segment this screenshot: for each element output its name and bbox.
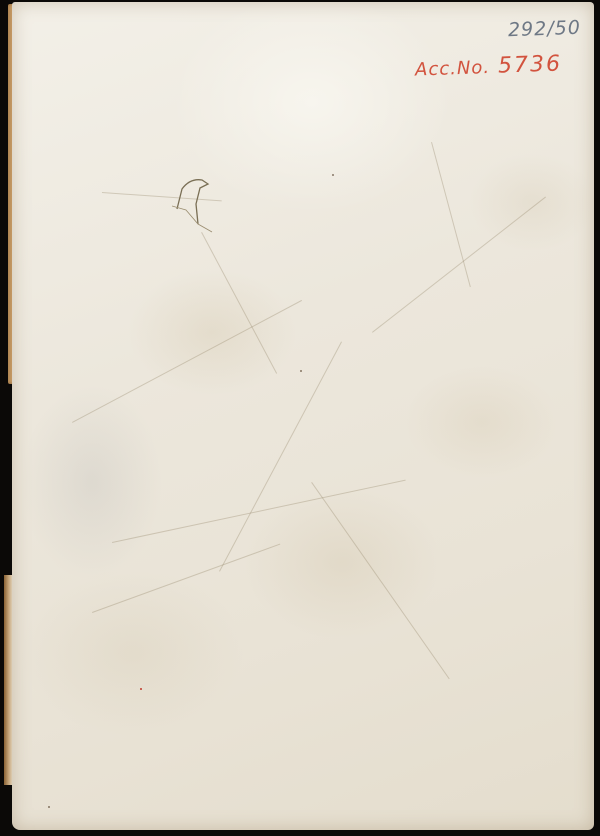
crease-line [311, 482, 449, 679]
speck [48, 806, 50, 808]
crease-line [72, 300, 302, 423]
crease-line [219, 342, 342, 572]
paper-tear [172, 174, 217, 234]
crease-line [431, 142, 471, 287]
shelf-mark-annotation: 292/50 [508, 17, 582, 42]
scanned-page: 292/50 Acc.No.5736 [0, 0, 600, 836]
book-cover [12, 2, 594, 830]
crease-line [372, 197, 546, 333]
crease-line [92, 544, 280, 613]
accession-value: 5736 [498, 51, 563, 78]
speck [300, 370, 302, 372]
accession-number-annotation: Acc.No.5736 [415, 51, 563, 81]
crease-line [112, 480, 406, 543]
speck [140, 688, 142, 690]
speck [332, 174, 334, 176]
tear-icon [172, 174, 217, 234]
crease-line [201, 232, 277, 374]
accession-label: Acc.No. [415, 57, 491, 81]
